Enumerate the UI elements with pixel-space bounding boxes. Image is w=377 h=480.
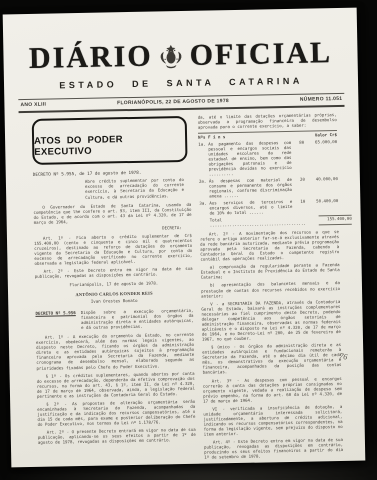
row-value: 50.400,00 — [305, 198, 338, 214]
masthead-subtitle: ESTADO DE SANTA CATARINA — [4, 75, 358, 92]
total-label: Total ..................................… — [210, 216, 309, 228]
row-num: 1a. — [198, 142, 209, 177]
budget-table: Nºs F i n s Valor Cr$ 1a. Ao pagamento d… — [198, 130, 339, 227]
edition-info-row: ANO XLIII FLORIANÓPOLIS, 22 DE AGOSTO DE… — [18, 93, 344, 113]
section-title: ATOS DO PODER EXECUTIVO — [34, 133, 185, 158]
edition-number: NÚMERO 11.051 — [300, 96, 343, 103]
signature-secretary: Ivan Orestes Bonato — [35, 297, 193, 305]
right-paragraph: Art. 2º - A movimentação dos recursos a … — [200, 229, 340, 262]
row-desc: Ao pagamento das despesas com pessoal e … — [208, 140, 295, 177]
masthead-title: DIÁRIO OFICIAL — [3, 38, 358, 75]
right-paragraph: § único - Os órgãos da administração dir… — [202, 342, 342, 375]
decree2-heading: DECRETO Nº 5.956 — [35, 310, 76, 331]
decree2-ementa: Dispõe sobre a execução orçamentária, fi… — [81, 308, 194, 330]
right-paragraph: Art. 3º - As despesas com pessoal e enca… — [203, 376, 342, 404]
total-value: 155.400,00 — [319, 215, 352, 226]
row-num: 3a. — [199, 201, 209, 216]
title-word-left: DIÁRIO — [29, 42, 153, 74]
decree1-dateline: Florianópolis, 17 de agosto de 1978. — [35, 280, 193, 288]
table-header-valor: Valor Cr$ — [304, 132, 337, 138]
page-body: ATOS DO PODER EXECUTIVO DECRETO Nº 5.955… — [32, 112, 344, 466]
decree1-ementa: Abre crédito suplementar por conta do ex… — [85, 177, 184, 199]
table-row: 3a. Aos serviços de terceiros e encargos… — [199, 198, 338, 216]
photo-background: DIÁRIO OFICIAL ESTADO DE SANTA CATARINA — [0, 0, 377, 480]
right-paragraph: a) comprovação da regularidade perante a… — [201, 262, 340, 280]
decree1-art2: Art. 2º - Este Decreto entra em vigor na… — [35, 266, 193, 279]
left-column: ATOS DO PODER EXECUTIVO DECRETO Nº 5.955… — [32, 115, 197, 466]
right-paragraph: V - a SECRETARIA DA FAZENDA, através da … — [201, 299, 341, 342]
right-intro-paragraph: da, até o limite das dotações orçamentár… — [198, 112, 337, 130]
decree2-paragraph: § 1º - Os créditos suplementares, quando… — [37, 370, 195, 398]
row-num: 2a. — [199, 179, 209, 199]
table-header-num: Nºs — [198, 135, 208, 140]
title-word-right: OFICIAL — [189, 38, 332, 71]
edition-year: ANO XLIII — [20, 102, 46, 108]
row-value: 40.000,00 — [305, 176, 338, 197]
row-pct: 10 — [295, 199, 305, 214]
table-header-fins: F i n s — [208, 133, 294, 140]
table-header-row: Nºs F i n s Valor Cr$ — [198, 130, 337, 140]
row-value: 65.000,00 — [304, 139, 338, 175]
right-paragraph: VI - verificada a insuficiência de dotaç… — [203, 404, 343, 437]
table-total-row: Total ..................................… — [200, 215, 339, 228]
row-pct: 20 — [295, 177, 305, 197]
decree2-header: DECRETO Nº 5.956 Dispõe sobre a execução… — [35, 308, 193, 331]
decree1-preamble: O Governador do Estado de Santa Catarina… — [33, 201, 191, 224]
table-row: 2a. Às despesas com material de consumo … — [199, 176, 338, 199]
masthead: DIÁRIO OFICIAL ESTADO DE SANTA CATARINA — [3, 8, 359, 114]
row-desc: Aos serviços de terceiros e encargos div… — [209, 199, 295, 216]
decree2-paragraph: Art. 1º - A execução do orçamento do Est… — [36, 332, 195, 370]
edition-place-date: FLORIANÓPOLIS, 22 DE AGOSTO DE 1978 — [117, 98, 229, 106]
decree2-paragraph: § 2º - As propostas de alteração orçamen… — [37, 399, 195, 427]
right-column: da, até o limite das dotações orçamentár… — [198, 112, 344, 463]
table-header-spacer — [294, 133, 304, 138]
decree2-paragraph: Art. 2º - O presente Decreto entrará em … — [38, 427, 196, 445]
handwritten-mark: 76 — [339, 351, 348, 361]
row-pct: 80 — [294, 140, 305, 175]
right-paragraph: b) apresentação dos balancetes mensais e… — [201, 281, 340, 299]
row-desc: Às despesas com material de consumo e pe… — [209, 177, 295, 199]
coat-of-arms-icon — [158, 42, 184, 69]
newspaper-page: DIÁRIO OFICIAL ESTADO DE SANTA CATARINA — [3, 8, 366, 468]
table-row: 1a. Ao pagamento das despesas com pessoa… — [198, 139, 338, 177]
decree1-decreta: DECRETA: — [34, 225, 192, 233]
right-paragraph: Art. 4º - Este Decreto entra em vigor na… — [204, 437, 343, 460]
decree1-art1: Art. 1º - Fica aberto o crédito suplemen… — [34, 233, 193, 266]
section-title-box: ATOS DO PODER EXECUTIVO — [32, 116, 188, 165]
